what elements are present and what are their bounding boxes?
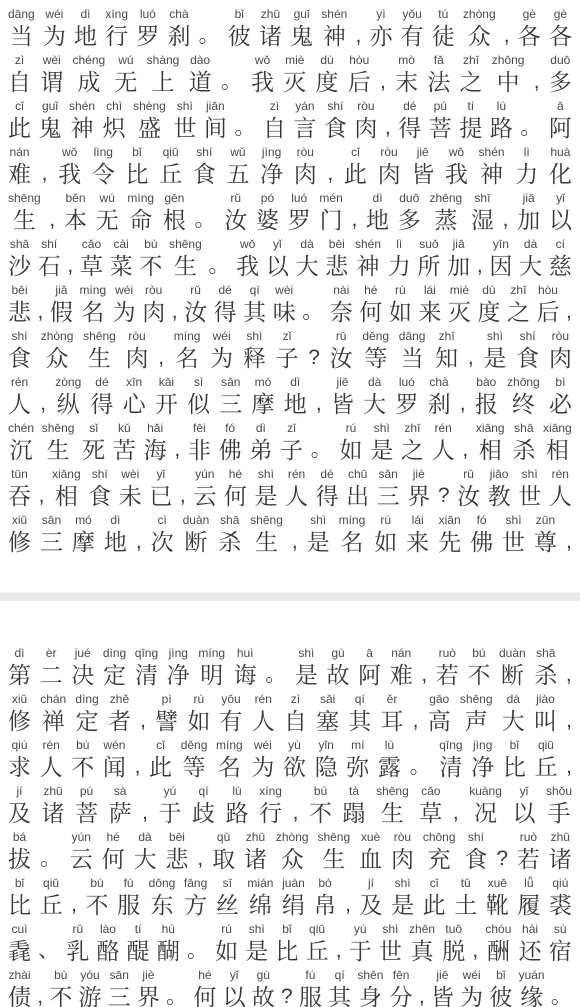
- ruby-token: zhū诸: [42, 784, 65, 827]
- hanzi-text: 子: [276, 344, 299, 372]
- ruby-token: ròu肉: [142, 283, 165, 326]
- pinyin-text: gāo: [429, 692, 449, 707]
- ruby-token: ròu肉: [549, 329, 572, 372]
- pinyin-text: míng: [216, 738, 243, 753]
- pinyin-text: tūn: [11, 467, 28, 482]
- ruby-token: zì自: [8, 53, 31, 96]
- punct-token: ,: [136, 513, 142, 556]
- ruby-token: wǒ我: [445, 145, 468, 188]
- hanzi-text: 如: [389, 298, 412, 326]
- pinyin-text: miè: [285, 53, 304, 68]
- pinyin-text: mó: [255, 375, 272, 390]
- hanzi-text: 开: [155, 390, 178, 418]
- punctuation-text: ,: [380, 68, 386, 96]
- ruby-token: miè灭: [448, 283, 471, 326]
- pinyin-text: lù: [232, 784, 241, 799]
- hanzi-text: 悲: [325, 252, 348, 280]
- pinyin-text: yán: [295, 99, 314, 114]
- hanzi-text: 令: [92, 160, 115, 188]
- pinyin-text: shì: [298, 646, 314, 661]
- hanzi-text: 断: [184, 528, 207, 556]
- ruby-token: wéi为: [210, 329, 233, 372]
- pinyin-text: sù: [554, 922, 567, 937]
- ruby-token: qiū丘: [159, 145, 182, 188]
- hanzi-text: 多: [549, 68, 572, 96]
- punct-token: ,: [468, 329, 474, 372]
- hanzi-text: 断: [501, 661, 524, 689]
- punctuation-text: ,: [140, 707, 146, 735]
- hanzi-text: 欲: [283, 753, 306, 781]
- pinyin-text: míng: [339, 513, 366, 528]
- ruby-token: chōng充: [423, 830, 456, 873]
- hanzi-text: 于: [159, 799, 182, 827]
- hanzi-text: 东: [151, 891, 174, 919]
- ruby-token: qí其: [243, 283, 266, 326]
- hanzi-text: 三: [219, 390, 242, 418]
- punctuation-text: ,: [292, 528, 298, 556]
- pinyin-text: míng: [79, 283, 106, 298]
- punct-token: ,: [566, 738, 572, 781]
- ruby-token: zì自: [263, 99, 286, 142]
- punctuation-text: ,: [180, 482, 186, 510]
- hanzi-text: 是: [370, 436, 393, 464]
- reader-viewport[interactable]: dāng当wéi为dì地xíng行luó罗chà刹。bǐ彼zhū诸guǐ鬼shé…: [0, 0, 580, 1007]
- pinyin-text: fǎ: [434, 53, 444, 68]
- hanzi-text: 汝: [184, 298, 207, 326]
- punctuation-text: ,: [197, 845, 203, 873]
- ruby-token: zhū诸: [549, 830, 572, 873]
- pinyin-text: ròu: [552, 329, 569, 344]
- pinyin-text: bó: [318, 876, 331, 891]
- pinyin-text: dì: [373, 191, 383, 206]
- ruby-token: zì自: [284, 692, 307, 735]
- pinyin-text: zhě: [110, 692, 129, 707]
- pinyin-text: pú: [80, 784, 93, 799]
- punct-token: 。: [410, 738, 431, 781]
- hanzi-text: 菜: [110, 252, 133, 280]
- punctuation-text: ,: [504, 22, 510, 50]
- hanzi-text: 得: [316, 482, 339, 510]
- ruby-token: yì亦: [369, 7, 392, 50]
- ruby-token: shì世: [173, 99, 196, 142]
- pinyin-text: běn: [65, 191, 85, 206]
- hanzi-text: 我: [445, 160, 468, 188]
- ruby-token: sǐ死: [82, 421, 105, 464]
- hanzi-text: 知: [435, 344, 458, 372]
- hanzi-text: 如: [339, 436, 362, 464]
- hanzi-text: 地: [74, 22, 97, 50]
- ruby-token: cí慈: [549, 237, 572, 280]
- pinyin-text: rén: [552, 467, 569, 482]
- hanzi-text: 神: [323, 22, 346, 50]
- pinyin-text: zǐ: [287, 421, 296, 436]
- hanzi-text: 帛: [314, 891, 337, 919]
- hanzi-text: 是: [245, 937, 268, 965]
- ruby-token: shì世: [379, 922, 402, 965]
- hanzi-text: 肉: [354, 114, 377, 142]
- pinyin-text: wǔ: [230, 145, 245, 160]
- ruby-token: zhōng中: [492, 53, 525, 96]
- pinyin-text: rén: [288, 467, 305, 482]
- text-line: cuì毳、rǔ乳lào酪tí醍hú醐。rú如shì是bǐ比qiū丘,yú于shì…: [8, 919, 572, 965]
- hanzi-text: 充: [428, 845, 451, 873]
- hanzi-text: 世: [518, 482, 541, 510]
- pinyin-text: shì: [310, 513, 326, 528]
- ruby-token: bù不: [71, 738, 94, 781]
- hanzi-text: 诸: [42, 799, 65, 827]
- punct-token: ,: [67, 237, 73, 280]
- punctuation-text: ,: [174, 436, 180, 464]
- hanzi-text: 取: [212, 845, 235, 873]
- hanzi-text: 因: [489, 252, 512, 280]
- pinyin-text: dà: [300, 237, 313, 252]
- hanzi-text: 云: [193, 482, 216, 510]
- ruby-token: rén人: [8, 375, 31, 418]
- hanzi-text: 后: [348, 68, 371, 96]
- hanzi-text: 彼: [489, 983, 512, 1007]
- ruby-token: wǒ我: [236, 237, 259, 280]
- ruby-token: sāi塞: [316, 692, 339, 735]
- ruby-token: bì必: [549, 375, 572, 418]
- pinyin-text: sǐ: [89, 421, 98, 436]
- pinyin-text: wèi: [121, 467, 139, 482]
- ruby-token: shén神: [321, 7, 347, 50]
- ruby-token: bǐ比: [275, 922, 298, 965]
- hanzi-text: 众: [46, 344, 69, 372]
- pinyin-text: chì: [106, 99, 122, 114]
- ruby-token: mìng命: [127, 191, 154, 234]
- pinyin-text: huà: [550, 145, 570, 160]
- ruby-token: shì是: [254, 467, 277, 510]
- ruby-token: xíng行: [105, 7, 128, 50]
- punct-token: ,: [472, 922, 478, 965]
- pinyin-text: shì: [382, 922, 398, 937]
- pinyin-text: lǚ: [524, 876, 533, 891]
- punct-token: 。: [208, 237, 229, 280]
- ruby-token: wú无: [114, 53, 137, 96]
- hanzi-text: 生: [88, 344, 111, 372]
- ruby-token: chóu酬: [485, 922, 511, 965]
- ruby-token: dì地: [74, 7, 97, 50]
- pinyin-text: rǔ: [463, 467, 474, 482]
- ruby-token: sì似: [187, 375, 210, 418]
- pinyin-text: hòu: [349, 53, 369, 68]
- pinyin-text: shàng: [147, 53, 180, 68]
- pinyin-text: hé: [198, 968, 211, 983]
- pinyin-text: ròu: [394, 830, 411, 845]
- punctuation-text: ,: [468, 344, 474, 372]
- pinyin-text: dì: [256, 421, 266, 436]
- pinyin-text: zhōng: [507, 375, 540, 390]
- ruby-token: shén神: [69, 99, 95, 142]
- ruby-token: huà化: [549, 145, 572, 188]
- hanzi-text: 得: [214, 298, 237, 326]
- punct-token: 。: [265, 646, 286, 689]
- ruby-token: dì地: [104, 513, 127, 556]
- ruby-token: tuō脱: [442, 922, 465, 965]
- pinyin-text: gù: [331, 646, 344, 661]
- hanzi-text: 履: [517, 891, 540, 919]
- ruby-token: bǐ彼: [489, 968, 512, 1007]
- punct-token: 。: [311, 421, 332, 464]
- ruby-token: jìng净: [260, 145, 283, 188]
- hanzi-text: 是: [391, 891, 414, 919]
- punctuation-text: ,: [355, 22, 361, 50]
- ruby-token: jiē皆: [411, 145, 434, 188]
- hanzi-text: 相: [546, 436, 569, 464]
- ruby-token: gè各: [518, 7, 541, 50]
- punctuation-text: 。: [199, 22, 220, 50]
- hanzi-text: 身: [359, 983, 382, 1007]
- hanzi-text: 生: [174, 252, 197, 280]
- hanzi-text: 纵: [57, 390, 80, 418]
- punct-token: ,: [336, 922, 342, 965]
- pinyin-text: zhī: [463, 53, 479, 68]
- pinyin-text: dé: [320, 467, 333, 482]
- hanzi-text: 不: [309, 799, 332, 827]
- ruby-token: jiè界: [407, 467, 430, 510]
- ruby-token: duō多: [549, 53, 572, 96]
- pinyin-text: wéi: [45, 7, 63, 22]
- ruby-token: jiān间: [204, 99, 227, 142]
- hanzi-text: 有: [220, 707, 243, 735]
- hanzi-text: 无: [96, 206, 119, 234]
- pinyin-text: cuì: [11, 922, 27, 937]
- pinyin-text: rú: [194, 692, 205, 707]
- ruby-token: hé何: [224, 467, 247, 510]
- pinyin-text: tuō: [445, 922, 462, 937]
- pinyin-text: dāng: [8, 7, 35, 22]
- ruby-token: yīn因: [489, 237, 512, 280]
- pinyin-text: dāng: [399, 329, 426, 344]
- punct-token: ,: [380, 53, 386, 96]
- pinyin-text: ruò: [520, 830, 537, 845]
- ruby-token: shēn身: [357, 968, 383, 1007]
- punct-token: ,: [566, 646, 572, 689]
- ruby-token: shì是: [307, 513, 330, 556]
- ruby-token: dé得: [316, 467, 339, 510]
- pinyin-text: dì: [110, 513, 120, 528]
- punctuation-text: 。: [551, 983, 572, 1007]
- pinyin-text: duō: [399, 191, 419, 206]
- pinyin-text: fó: [225, 421, 235, 436]
- pinyin-text: yǒu: [221, 692, 240, 707]
- ruby-token: qīng清: [439, 738, 462, 781]
- hanzi-text: 鬼: [39, 114, 62, 142]
- ruby-token: gè各: [549, 7, 572, 50]
- punct-token: 。: [302, 283, 323, 326]
- pinyin-text: dé: [218, 283, 231, 298]
- hanzi-text: 丘: [40, 891, 63, 919]
- hanzi-text: 者: [108, 707, 131, 735]
- hanzi-text: 谓: [40, 68, 63, 96]
- ruby-token: xiū修: [8, 513, 31, 556]
- ruby-token: yǐ以: [512, 784, 535, 827]
- pinyin-text: shēng: [42, 421, 75, 436]
- hanzi-text: 灭: [283, 68, 306, 96]
- punctuation-text: ,: [142, 799, 148, 827]
- punctuation-text: ,: [566, 707, 572, 735]
- pinyin-text: děng: [362, 329, 389, 344]
- pinyin-text: duàn: [499, 646, 526, 661]
- punctuation-text: ,: [566, 528, 572, 556]
- pinyin-text: shì: [487, 329, 503, 344]
- pinyin-text: fó: [477, 513, 487, 528]
- hanzi-text: 之: [401, 436, 424, 464]
- ruby-token: kuàng况: [469, 784, 502, 827]
- punct-token: ,: [421, 646, 427, 689]
- hanzi-text: 食: [193, 160, 216, 188]
- hanzi-text: 石: [38, 252, 61, 280]
- punctuation-text: ,: [39, 482, 45, 510]
- hanzi-text: 本: [64, 206, 87, 234]
- pinyin-text: dé: [95, 375, 108, 390]
- pinyin-text: sān: [42, 513, 61, 528]
- pinyin-text: shén: [321, 7, 347, 22]
- pinyin-text: dì: [290, 375, 300, 390]
- ruby-token: wéi为: [460, 968, 483, 1007]
- ruby-token: chì炽: [103, 99, 126, 142]
- punct-token: ,: [172, 283, 178, 326]
- pinyin-text: yǐn: [318, 738, 333, 753]
- pinyin-text: mí: [351, 738, 364, 753]
- ruby-token: wén闻: [103, 738, 126, 781]
- pinyin-text: shā: [10, 237, 29, 252]
- punct-token: ?: [496, 830, 508, 873]
- ruby-token: jiē皆: [431, 968, 454, 1007]
- hanzi-text: 丘: [534, 753, 557, 781]
- hanzi-text: 隐: [315, 753, 338, 781]
- hanzi-text: 汝: [330, 344, 353, 372]
- hanzi-text: 不: [71, 753, 94, 781]
- pinyin-text: bǐ: [132, 145, 141, 160]
- punctuation-text: ,: [37, 983, 43, 1007]
- pinyin-text: dà: [524, 237, 537, 252]
- hanzi-text: 杀: [534, 661, 557, 689]
- ruby-token: shàng上: [147, 53, 180, 96]
- ruby-token: chén沉: [8, 421, 34, 464]
- hanzi-text: 不: [49, 983, 72, 1007]
- ruby-token: rén人: [432, 421, 455, 464]
- punct-token: ,: [40, 375, 46, 418]
- pinyin-text: chà: [429, 375, 448, 390]
- ruby-token: shēng生: [42, 421, 75, 464]
- ruby-token: tí醍: [127, 922, 150, 965]
- text-line: bēi悲,jiǎ假míng名wéi为ròu肉,rǔ汝dé得qí其wèi味。nài…: [8, 280, 572, 326]
- ruby-token: dù度: [477, 283, 500, 326]
- hanzi-text: 死: [82, 436, 105, 464]
- ruby-token: rú如: [389, 283, 412, 326]
- punct-token: 。: [195, 191, 216, 234]
- punctuation-text: ,: [293, 799, 299, 827]
- ruby-token: jiē皆: [331, 375, 354, 418]
- hanzi-text: 修: [8, 528, 31, 556]
- punct-token: ,: [142, 784, 148, 827]
- pinyin-text: suǒ: [419, 237, 438, 252]
- pinyin-text: yǐ: [520, 784, 529, 799]
- pinyin-text: yú: [354, 922, 367, 937]
- hanzi-text: 分: [390, 983, 413, 1007]
- hanzi-text: 间: [204, 114, 227, 142]
- hanzi-text: 何: [193, 983, 216, 1007]
- hanzi-text: 草: [80, 252, 103, 280]
- pinyin-text: gè: [523, 7, 536, 22]
- text-line: bá拔。yún云hé何dà大bēi悲,qǔ取zhū诸zhòng众shēng生xu…: [8, 827, 572, 873]
- pinyin-text: rén: [42, 738, 59, 753]
- ruby-token: lìng令: [92, 145, 115, 188]
- hanzi-text: 当: [401, 344, 424, 372]
- pinyin-text: jìng: [169, 646, 188, 661]
- pinyin-text: guǐ: [294, 7, 310, 22]
- hanzi-text: 还: [519, 937, 542, 965]
- pinyin-text: jiān: [206, 99, 225, 114]
- pinyin-text: shì: [258, 467, 274, 482]
- ruby-token: dé得: [214, 283, 237, 326]
- pinyin-text: wèi: [43, 53, 61, 68]
- ruby-token: bǐ比: [503, 738, 526, 781]
- pinyin-text: sān: [221, 375, 240, 390]
- pinyin-text: hé: [229, 467, 242, 482]
- text-line: qiú求rén人bù不wén闻,cǐ此děng等míng名wéi为yù欲yǐn隐…: [8, 735, 572, 781]
- punct-token: ,: [37, 968, 43, 1007]
- pinyin-text: fēn: [393, 968, 410, 983]
- hanzi-text: 佛: [219, 436, 242, 464]
- pinyin-text: hái: [522, 922, 538, 937]
- ruby-token: pú菩: [429, 99, 452, 142]
- punct-token: ,: [39, 467, 45, 510]
- ruby-token: sī丝: [216, 876, 239, 919]
- ruby-token: zhě者: [108, 692, 131, 735]
- hanzi-text: 当: [10, 22, 33, 50]
- pinyin-text: xiū: [12, 692, 27, 707]
- ruby-token: bú不: [309, 784, 332, 827]
- hanzi-text: 加: [447, 252, 470, 280]
- ruby-token: xiū修: [8, 692, 31, 735]
- ruby-token: xiān先: [438, 513, 461, 556]
- ruby-token: hòu后: [536, 283, 559, 326]
- ruby-token: wǒ我: [58, 145, 81, 188]
- hanzi-text: 界: [407, 482, 430, 510]
- hanzi-text: 罗: [136, 22, 159, 50]
- pinyin-text: fāng: [184, 876, 207, 891]
- hanzi-text: 刹: [167, 22, 190, 50]
- hanzi-text: 命: [129, 206, 152, 234]
- pinyin-text: ròu: [297, 145, 314, 160]
- pinyin-text: bǐ: [235, 7, 244, 22]
- ruby-token: rú如: [339, 421, 362, 464]
- text-line: dāng当wéi为dì地xíng行luó罗chà刹。bǐ彼zhū诸guǐ鬼shé…: [8, 4, 572, 50]
- ruby-token: hé何: [102, 830, 125, 873]
- ruby-token: yǐ已: [149, 467, 172, 510]
- ruby-token: wǒ我: [251, 53, 274, 96]
- pinyin-text: dào: [190, 53, 210, 68]
- pinyin-text: jiè: [413, 467, 425, 482]
- ruby-token: zǐ子: [276, 329, 299, 372]
- hanzi-text: 此: [423, 891, 446, 919]
- ruby-token: cǎo草: [419, 784, 442, 827]
- pinyin-text: wèi: [275, 283, 293, 298]
- hanzi-text: 地: [366, 206, 389, 234]
- ruby-token: rǔ汝: [224, 191, 247, 234]
- pinyin-text: jí: [368, 876, 374, 891]
- punct-token: 。: [199, 7, 220, 50]
- pinyin-text: lào: [100, 922, 116, 937]
- pinyin-text: wǒ: [62, 145, 77, 160]
- ruby-token: jiè界: [137, 968, 160, 1007]
- hanzi-text: 服: [117, 891, 140, 919]
- pinyin-text: nán: [391, 646, 411, 661]
- pinyin-text: ā: [557, 99, 564, 114]
